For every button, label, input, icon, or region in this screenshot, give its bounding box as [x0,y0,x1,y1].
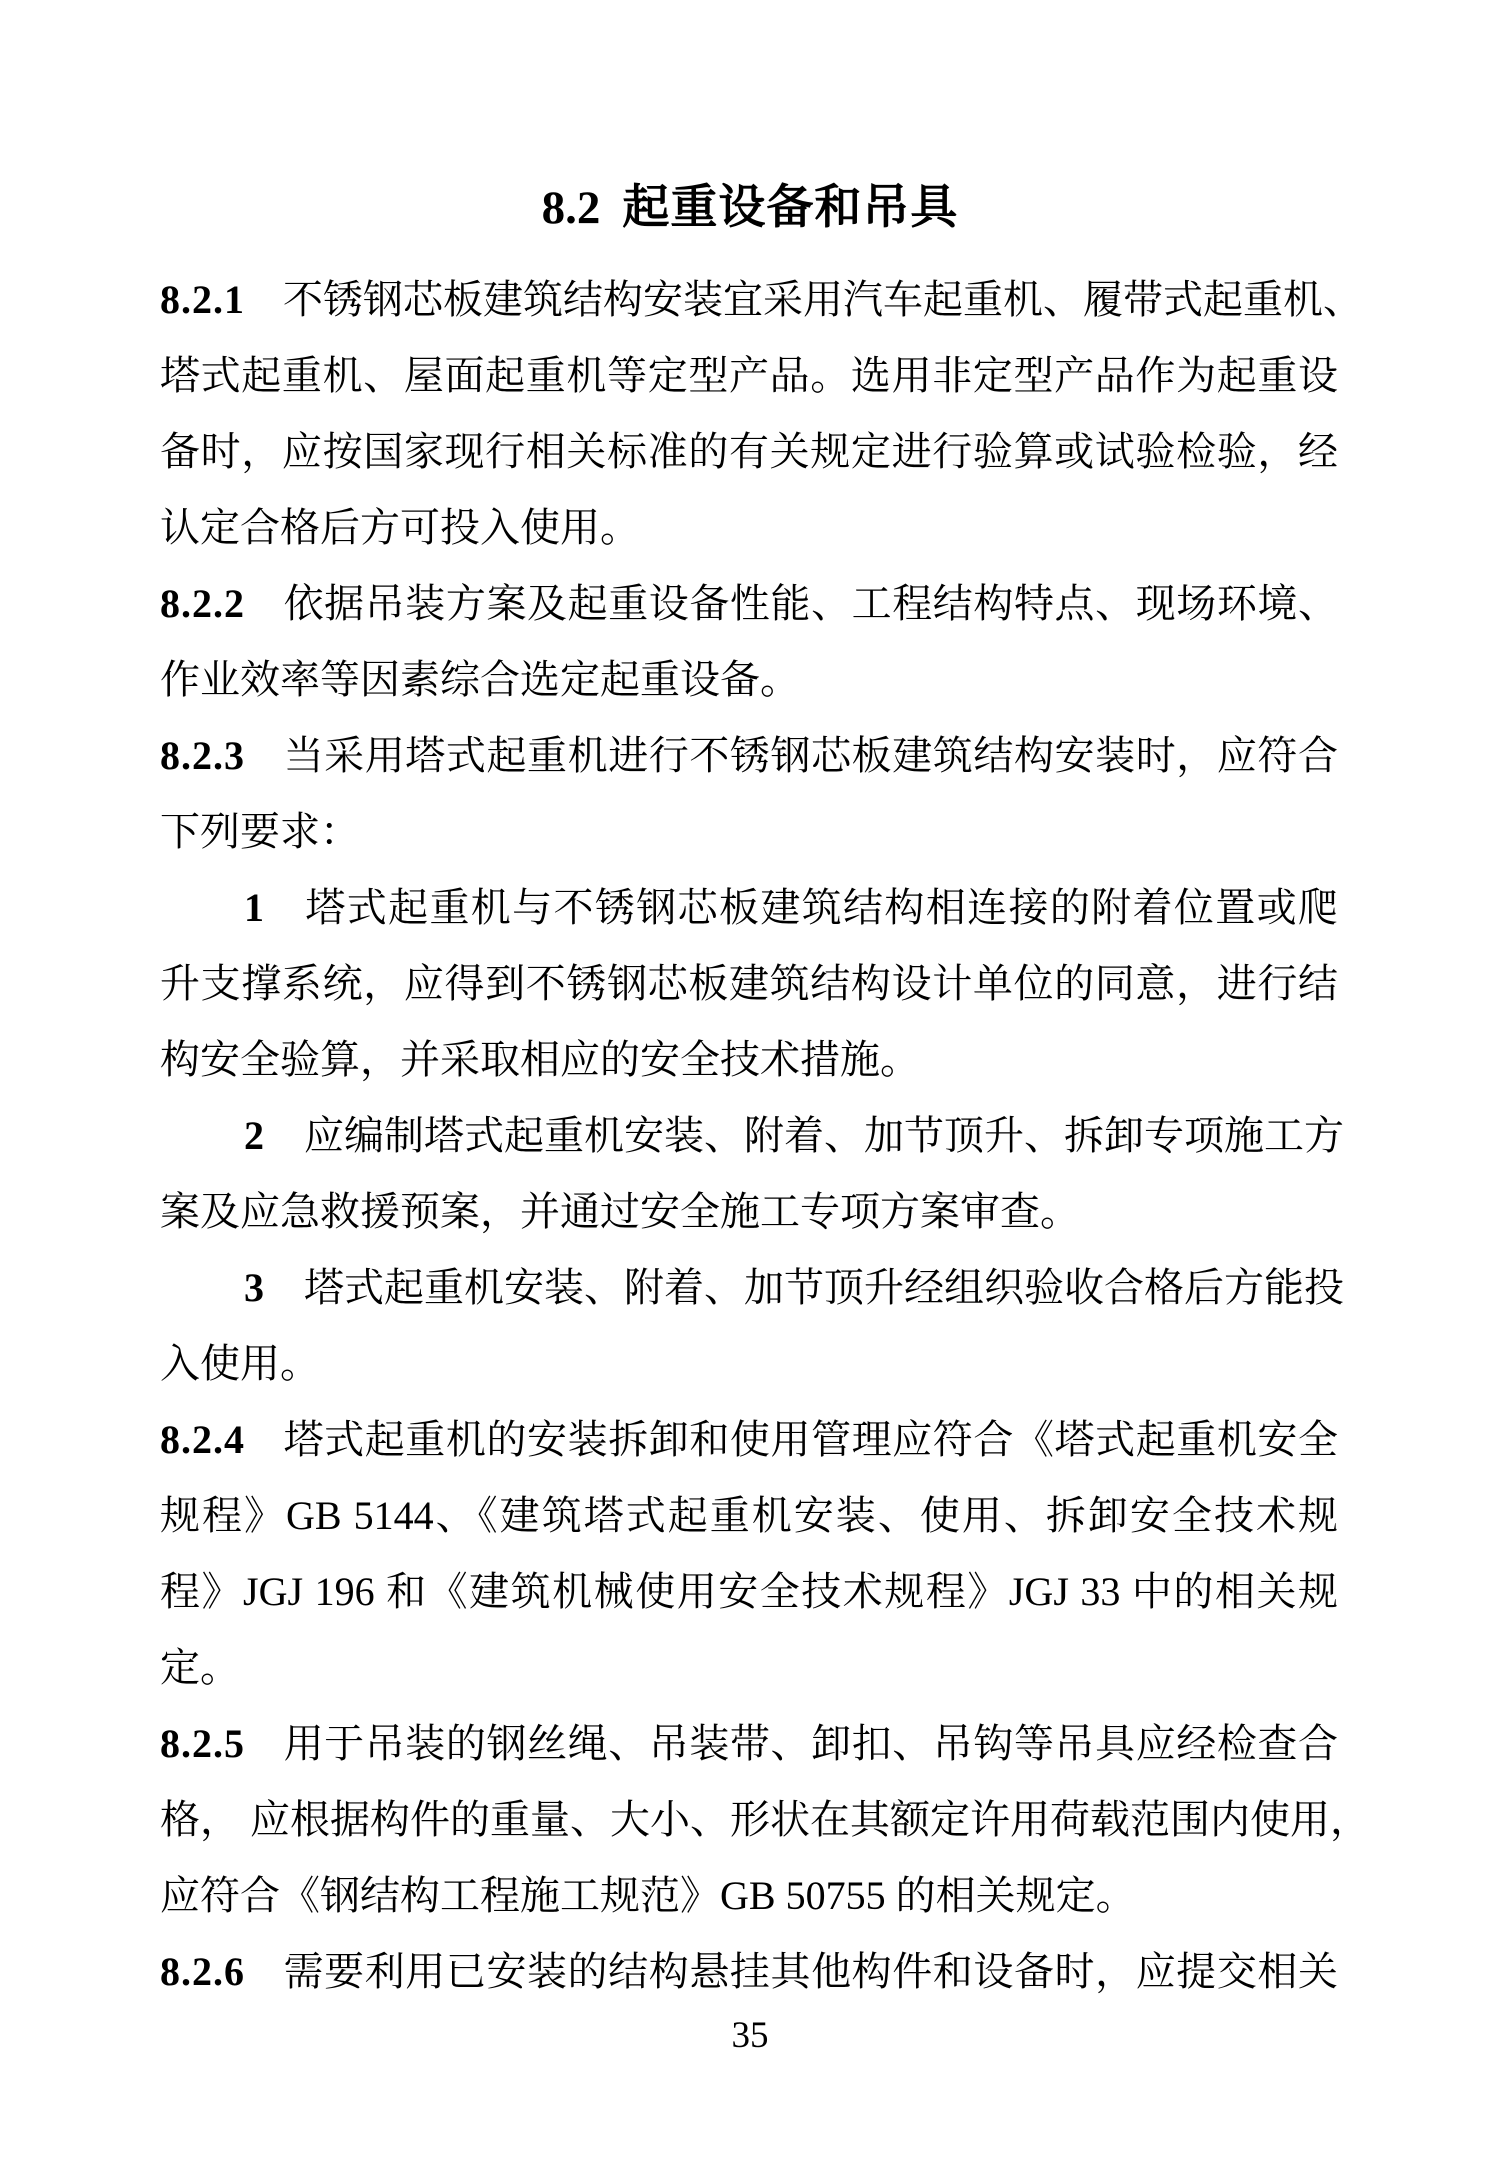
text-line: 8.2.1不锈钢芯板建筑结构安装宜采用汽车起重机、履带式起重机、 [160,262,1338,338]
item-number: 3 [244,1265,264,1310]
page-number: 35 [0,2014,1500,2058]
line-text: 程》JGJ 196 和《建筑机械使用安全技术规程》JGJ 33 中的相关规 [160,1569,1338,1614]
text-line: 2应编制塔式起重机安装、附着、加节顶升、拆卸专项施工方 [160,1098,1338,1174]
line-text: 塔式起重机、屋面起重机等定型产品。选用非定型产品作为起重设 [160,353,1338,398]
clause-number: 8.2.2 [160,581,245,626]
text-line: 升支撑系统，应得到不锈钢芯板建筑结构设计单位的同意，进行结 [160,946,1338,1022]
line-text: 不锈钢芯板建筑结构安装宜采用汽车起重机、履带式起重机、 [283,277,1363,322]
text-line: 8.2.3当采用塔式起重机进行不锈钢芯板建筑结构安装时，应符合 [160,718,1338,794]
clause-number: 8.2.4 [160,1417,245,1462]
text-line: 3塔式起重机安装、附着、加节顶升经组织验收合格后方能投 [160,1250,1338,1326]
text-line: 8.2.4塔式起重机的安装拆卸和使用管理应符合《塔式起重机安全 [160,1402,1338,1478]
clause-text-block: 8.2.1不锈钢芯板建筑结构安装宜采用汽车起重机、履带式起重机、 塔式起重机、屋… [160,262,1338,2010]
text-line: 格， 应根据构件的重量、大小、形状在其额定许用荷载范围内使用， [160,1782,1338,1858]
document-page: 8.2起重设备和吊具 8.2.1不锈钢芯板建筑结构安装宜采用汽车起重机、履带式起… [0,0,1500,2175]
clause-number: 8.2.6 [160,1949,245,1994]
line-text: 塔式起重机安装、附着、加节顶升经组织验收合格后方能投 [304,1265,1344,1310]
line-text: 塔式起重机与不锈钢芯板建筑结构相连接的附着位置或爬 [304,885,1338,930]
line-text: 需要利用已安装的结构悬挂其他构件和设备时，应提交相关 [283,1949,1338,1994]
line-text: 应编制塔式起重机安装、附着、加节顶升、拆卸专项施工方 [304,1113,1344,1158]
text-line: 案及应急救援预案，并通过安全施工专项方案审查。 [160,1174,1338,1250]
text-line: 1塔式起重机与不锈钢芯板建筑结构相连接的附着位置或爬 [160,870,1338,946]
text-line: 下列要求： [160,794,1338,870]
text-line: 8.2.5用于吊装的钢丝绳、吊装带、卸扣、吊钩等吊具应经检查合 [160,1706,1338,1782]
line-text: 格， 应根据构件的重量、大小、形状在其额定许用荷载范围内使用， [160,1797,1370,1842]
section-title: 起重设备和吊具 [622,182,958,234]
line-text: 认定合格后方可投入使用。 [160,505,640,550]
text-line: 程》JGJ 196 和《建筑机械使用安全技术规程》JGJ 33 中的相关规 [160,1554,1338,1630]
text-line: 塔式起重机、屋面起重机等定型产品。选用非定型产品作为起重设 [160,338,1338,414]
text-line: 备时，应按国家现行相关标准的有关规定进行验算或试验检验，经 [160,414,1338,490]
line-text: 升支撑系统，应得到不锈钢芯板建筑结构设计单位的同意，进行结 [160,961,1338,1006]
text-line: 认定合格后方可投入使用。 [160,490,1338,566]
line-text: 案及应急救援预案，并通过安全施工专项方案审查。 [160,1189,1080,1234]
line-text: 规程》GB 5144、《建筑塔式起重机安装、使用、拆卸安全技术规 [160,1493,1338,1538]
line-text: 用于吊装的钢丝绳、吊装带、卸扣、吊钩等吊具应经检查合 [283,1721,1338,1766]
line-text: 应符合《钢结构工程施工规范》GB 50755 的相关规定。 [160,1873,1136,1918]
text-line: 应符合《钢结构工程施工规范》GB 50755 的相关规定。 [160,1858,1338,1934]
text-line: 作业效率等因素综合选定起重设备。 [160,642,1338,718]
line-text: 作业效率等因素综合选定起重设备。 [160,657,800,702]
clause-number: 8.2.3 [160,733,245,778]
text-line: 8.2.6需要利用已安装的结构悬挂其他构件和设备时，应提交相关 [160,1934,1338,2010]
section-heading: 8.2起重设备和吊具 [0,178,1500,238]
item-number: 1 [244,885,264,930]
clause-number: 8.2.5 [160,1721,245,1766]
line-text: 当采用塔式起重机进行不锈钢芯板建筑结构安装时，应符合 [283,733,1338,778]
line-text: 依据吊装方案及起重设备性能、工程结构特点、现场环境、 [283,581,1338,626]
text-line: 构安全验算，并采取相应的安全技术措施。 [160,1022,1338,1098]
line-text: 塔式起重机的安装拆卸和使用管理应符合《塔式起重机安全 [283,1417,1338,1462]
line-text: 定。 [160,1645,240,1690]
line-text: 入使用。 [160,1341,320,1386]
section-number: 8.2 [542,182,601,234]
line-text: 下列要求： [160,809,360,854]
item-number: 2 [244,1113,264,1158]
clause-number: 8.2.1 [160,277,245,322]
text-line: 定。 [160,1630,1338,1706]
text-line: 8.2.2依据吊装方案及起重设备性能、工程结构特点、现场环境、 [160,566,1338,642]
text-line: 入使用。 [160,1326,1338,1402]
line-text: 构安全验算，并采取相应的安全技术措施。 [160,1037,920,1082]
line-text: 备时，应按国家现行相关标准的有关规定进行验算或试验检验，经 [160,429,1338,474]
text-line: 规程》GB 5144、《建筑塔式起重机安装、使用、拆卸安全技术规 [160,1478,1338,1554]
